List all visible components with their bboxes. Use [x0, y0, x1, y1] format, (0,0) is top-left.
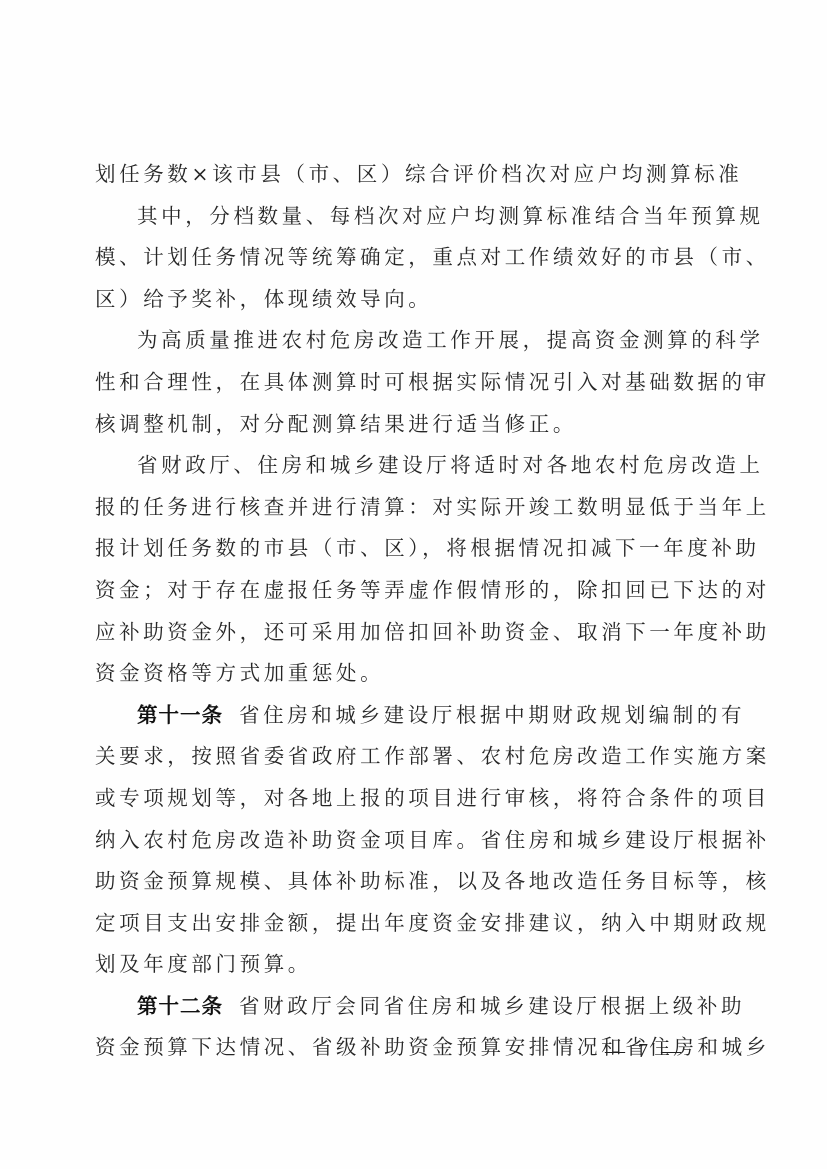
article-12-first-line: 第十二条省财政厅会同省住房和城乡建设厅根据上级补助 [95, 986, 730, 1028]
text-line: 资金资格等方式加重惩处。 [95, 653, 730, 695]
text-line: 报的任务进行核查并进行清算：对实际开竣工数明显低于当年上 [95, 487, 730, 529]
text-line: 核调整机制，对分配测算结果进行适当修正。 [95, 404, 730, 446]
text-line: 应补助资金外，还可采用加倍扣回补助资金、取消下一年度补助 [95, 612, 730, 654]
text-line: 关要求，按照省委省政府工作部署、农村危房改造工作实施方案 [95, 736, 730, 778]
page-number: — 7 — [605, 1040, 685, 1063]
text-line: 省财政厅、住房和城乡建设厅将适时对各地农村危房改造上 [95, 445, 730, 487]
text-line: 划及年度部门预算。 [95, 944, 730, 986]
article-heading: 第十一条 [137, 703, 223, 727]
text-line: 资金；对于存在虚报任务等弄虚作假情形的，除扣回已下达的对 [95, 570, 730, 612]
text-line: 划任务数×该市县（市、区）综合评价档次对应户均测算标准 [95, 154, 730, 196]
text-line: 省财政厅会同省住房和城乡建设厅根据上级补助 [239, 994, 745, 1018]
article-heading: 第十二条 [137, 994, 223, 1018]
text-line: 省住房和城乡建设厅根据中期财政规划编制的有 [239, 703, 745, 727]
text-line: 其中，分档数量、每档次对应户均测算标准结合当年预算规 [95, 196, 730, 238]
text-line: 或专项规划等，对各地上报的项目进行审核，将符合条件的项目 [95, 778, 730, 820]
text-line: 为高质量推进农村危房改造工作开展，提高资金测算的科学 [95, 320, 730, 362]
document-body: 划任务数×该市县（市、区）综合评价档次对应户均测算标准 其中，分档数量、每档次对… [95, 154, 730, 1069]
text-line: 报计划任务数的市县（市、区），将根据情况扣减下一年度补助 [95, 528, 730, 570]
text-line: 纳入农村危房改造补助资金项目库。省住房和城乡建设厅根据补 [95, 820, 730, 862]
text-line: 性和合理性，在具体测算时可根据实际情况引入对基础数据的审 [95, 362, 730, 404]
article-11-first-line: 第十一条省住房和城乡建设厅根据中期财政规划编制的有 [95, 695, 730, 737]
document-page: 划任务数×该市县（市、区）综合评价档次对应户均测算标准 其中，分档数量、每档次对… [0, 0, 827, 1169]
text-line: 定项目支出安排金额，提出年度资金安排建议，纳入中期财政规 [95, 903, 730, 945]
text-line: 区）给予奖补，体现绩效导向。 [95, 279, 730, 321]
text-line: 模、计划任务情况等统筹确定，重点对工作绩效好的市县（市、 [95, 237, 730, 279]
text-line: 助资金预算规模、具体补助标准，以及各地改造任务目标等，核 [95, 861, 730, 903]
